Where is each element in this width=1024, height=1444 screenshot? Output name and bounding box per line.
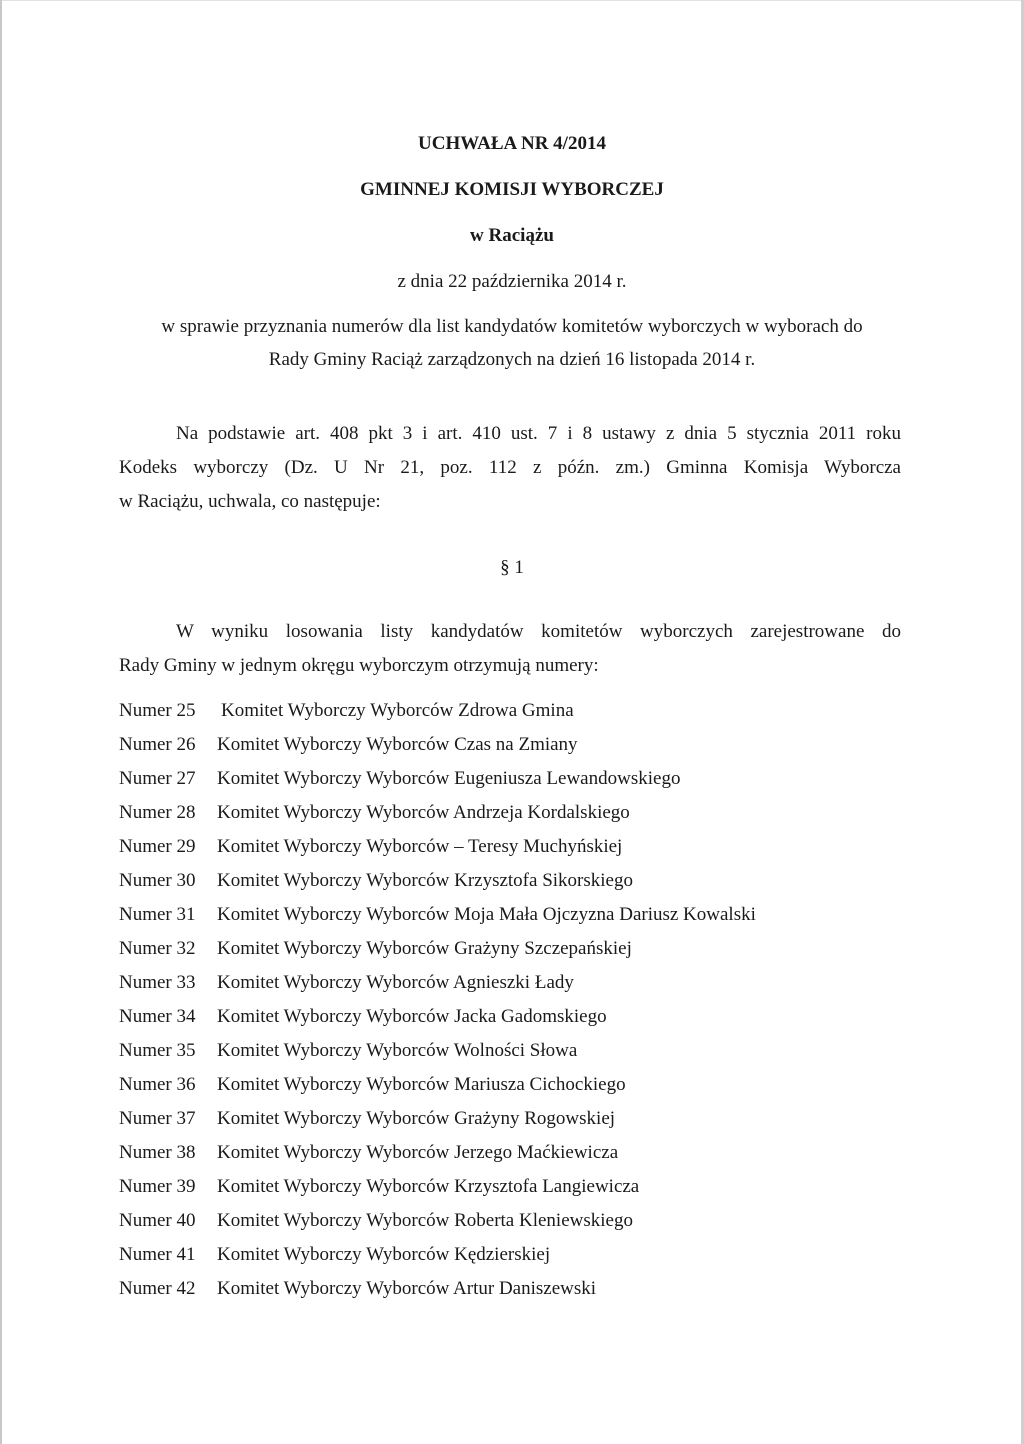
list-number: Numer 42 — [119, 1277, 217, 1311]
list-number: Numer 35 — [119, 1039, 217, 1073]
list-item: Numer 32Komitet Wyborczy Wyborców Grażyn… — [119, 937, 879, 971]
committee-number-list: Numer 25Komitet Wyborczy Wyborców Zdrowa… — [119, 699, 879, 1311]
list-item: Numer 27Komitet Wyborczy Wyborców Eugeni… — [119, 767, 879, 801]
issuer-name: GMINNEJ KOMISJI WYBORCZEJ — [0, 178, 1024, 202]
list-item: Numer 37Komitet Wyborczy Wyborców Grażyn… — [119, 1107, 879, 1141]
list-number: Numer 39 — [119, 1175, 217, 1209]
list-item: Numer 36Komitet Wyborczy Wyborców Marius… — [119, 1073, 879, 1107]
resolution-date: z dnia 22 października 2014 r. — [0, 270, 1024, 294]
list-item: Numer 25Komitet Wyborczy Wyborców Zdrowa… — [119, 699, 879, 733]
list-item: Numer 42Komitet Wyborczy Wyborców Artur … — [119, 1277, 879, 1311]
subject-line-2: Rady Gminy Raciąż zarządzonych na dzień … — [0, 348, 1024, 372]
resolution-title: UCHWAŁA NR 4/2014 — [0, 132, 1024, 156]
list-number: Numer 33 — [119, 971, 217, 1005]
page-edge-top — [0, 0, 1024, 1]
result-line-1: W wyniku losowania listy kandydatów komi… — [119, 615, 901, 649]
committee-name: Komitet Wyborczy Wyborców Czas na Zmiany — [217, 733, 879, 767]
page-edge-left — [0, 0, 2, 1444]
list-number: Numer 26 — [119, 733, 217, 767]
list-number: Numer 29 — [119, 835, 217, 869]
list-item: Numer 34Komitet Wyborczy Wyborców Jacka … — [119, 1005, 879, 1039]
list-number: Numer 36 — [119, 1073, 217, 1107]
list-item: Numer 29Komitet Wyborczy Wyborców – Tere… — [119, 835, 879, 869]
list-item: Numer 41Komitet Wyborczy Wyborców Kędzie… — [119, 1243, 879, 1277]
committee-name: Komitet Wyborczy Wyborców Grażyny Szczep… — [217, 937, 879, 971]
committee-name: Komitet Wyborczy Wyborców Wolności Słowa — [217, 1039, 879, 1073]
list-number: Numer 27 — [119, 767, 217, 801]
list-number: Numer 38 — [119, 1141, 217, 1175]
list-item: Numer 26Komitet Wyborczy Wyborców Czas n… — [119, 733, 879, 767]
list-item: Numer 39Komitet Wyborczy Wyborców Krzysz… — [119, 1175, 879, 1209]
legal-basis-line-2: Kodeks wyborczy (Dz. U Nr 21, poz. 112 z… — [119, 451, 901, 485]
result-line-2: Rady Gminy w jednym okręgu wyborczym otr… — [119, 649, 901, 683]
committee-name: Komitet Wyborczy Wyborców Moja Mała Ojcz… — [217, 903, 879, 937]
list-number: Numer 41 — [119, 1243, 217, 1277]
list-item: Numer 31Komitet Wyborczy Wyborców Moja M… — [119, 903, 879, 937]
committee-name: Komitet Wyborczy Wyborców Krzysztofa Lan… — [217, 1175, 879, 1209]
committee-name: Komitet Wyborczy Wyborców Andrzeja Korda… — [217, 801, 879, 835]
legal-basis-line-1: Na podstawie art. 408 pkt 3 i art. 410 u… — [119, 417, 901, 451]
list-number: Numer 25 — [119, 699, 221, 733]
committee-name: Komitet Wyborczy Wyborców Jerzego Maćkie… — [217, 1141, 879, 1175]
list-number: Numer 32 — [119, 937, 217, 971]
subject-line-1: w sprawie przyznania numerów dla list ka… — [0, 315, 1024, 339]
committee-name: Komitet Wyborczy Wyborców Roberta Klenie… — [217, 1209, 879, 1243]
result-paragraph: W wyniku losowania listy kandydatów komi… — [119, 615, 901, 683]
committee-name: Komitet Wyborczy Wyborców Artur Daniszew… — [217, 1277, 879, 1311]
list-item: Numer 40Komitet Wyborczy Wyborców Robert… — [119, 1209, 879, 1243]
list-number: Numer 40 — [119, 1209, 217, 1243]
committee-name: Komitet Wyborczy Wyborców Eugeniusza Lew… — [217, 767, 879, 801]
section-heading: § 1 — [0, 556, 1024, 580]
list-number: Numer 37 — [119, 1107, 217, 1141]
legal-basis-paragraph: Na podstawie art. 408 pkt 3 i art. 410 u… — [119, 417, 901, 519]
legal-basis-line-3: w Raciążu, uchwala, co następuje: — [119, 485, 901, 519]
list-number: Numer 31 — [119, 903, 217, 937]
committee-name: Komitet Wyborczy Wyborców Zdrowa Gmina — [221, 699, 879, 733]
committee-name: Komitet Wyborczy Wyborców Jacka Gadomski… — [217, 1005, 879, 1039]
list-item: Numer 38Komitet Wyborczy Wyborców Jerzeg… — [119, 1141, 879, 1175]
list-item: Numer 33Komitet Wyborczy Wyborców Agnies… — [119, 971, 879, 1005]
list-number: Numer 28 — [119, 801, 217, 835]
list-item: Numer 35Komitet Wyborczy Wyborców Wolnoś… — [119, 1039, 879, 1073]
committee-name: Komitet Wyborczy Wyborców Grażyny Rogows… — [217, 1107, 879, 1141]
committee-name: Komitet Wyborczy Wyborców Krzysztofa Sik… — [217, 869, 879, 903]
list-item: Numer 28Komitet Wyborczy Wyborców Andrze… — [119, 801, 879, 835]
committee-name: Komitet Wyborczy Wyborców Mariusza Cicho… — [217, 1073, 879, 1107]
committee-name: Komitet Wyborczy Wyborców Agnieszki Łady — [217, 971, 879, 1005]
list-number: Numer 30 — [119, 869, 217, 903]
committee-name: Komitet Wyborczy Wyborców – Teresy Muchy… — [217, 835, 879, 869]
list-item: Numer 30Komitet Wyborczy Wyborców Krzysz… — [119, 869, 879, 903]
issuer-place: w Raciążu — [0, 224, 1024, 248]
list-number: Numer 34 — [119, 1005, 217, 1039]
committee-name: Komitet Wyborczy Wyborców Kędzierskiej — [217, 1243, 879, 1277]
